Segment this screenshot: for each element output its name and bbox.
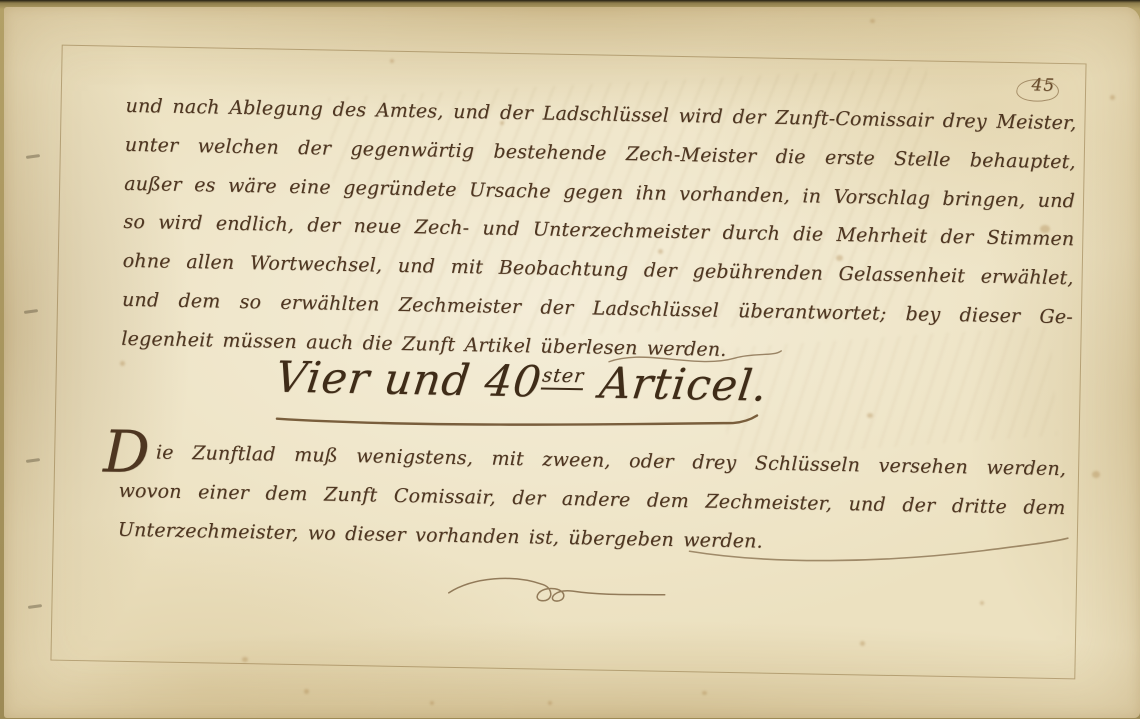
foxing-spot xyxy=(304,689,309,694)
scanned-manuscript-photo: { "document": { "page_number": "45", "pa… xyxy=(0,0,1140,719)
binding-stitch xyxy=(24,309,38,314)
foxing-spot xyxy=(702,691,707,695)
body-paragraph-2: Die Zunftlad muß wenigstens, mit zween, … xyxy=(117,441,1066,575)
article-heading: Vier und 40ster Articel. xyxy=(269,353,775,412)
heading-text: Articel. xyxy=(582,358,770,411)
closing-paraph-flourish xyxy=(442,565,673,619)
binding-stitch xyxy=(26,154,40,159)
manuscript-page: 45 und nach Ablegung des Amtes, und der … xyxy=(4,7,1140,718)
binding-stitch xyxy=(28,604,42,609)
body-paragraph-1: und nach Ablegung des Amtes, und der Lad… xyxy=(121,95,1077,384)
heading-text: Vier und 40 xyxy=(273,353,545,408)
heading-ordinal-superscript: ster xyxy=(541,364,586,390)
foxing-spot xyxy=(1092,471,1100,478)
page-number-flourish xyxy=(1007,71,1072,112)
foxing-spot xyxy=(548,701,552,705)
foxing-spot xyxy=(1110,95,1115,100)
foxing-spot xyxy=(430,701,434,705)
ruled-border-frame: 45 und nach Ablegung des Amtes, und der … xyxy=(50,45,1086,680)
foxing-spot xyxy=(870,19,875,23)
binding-stitch xyxy=(26,458,40,463)
